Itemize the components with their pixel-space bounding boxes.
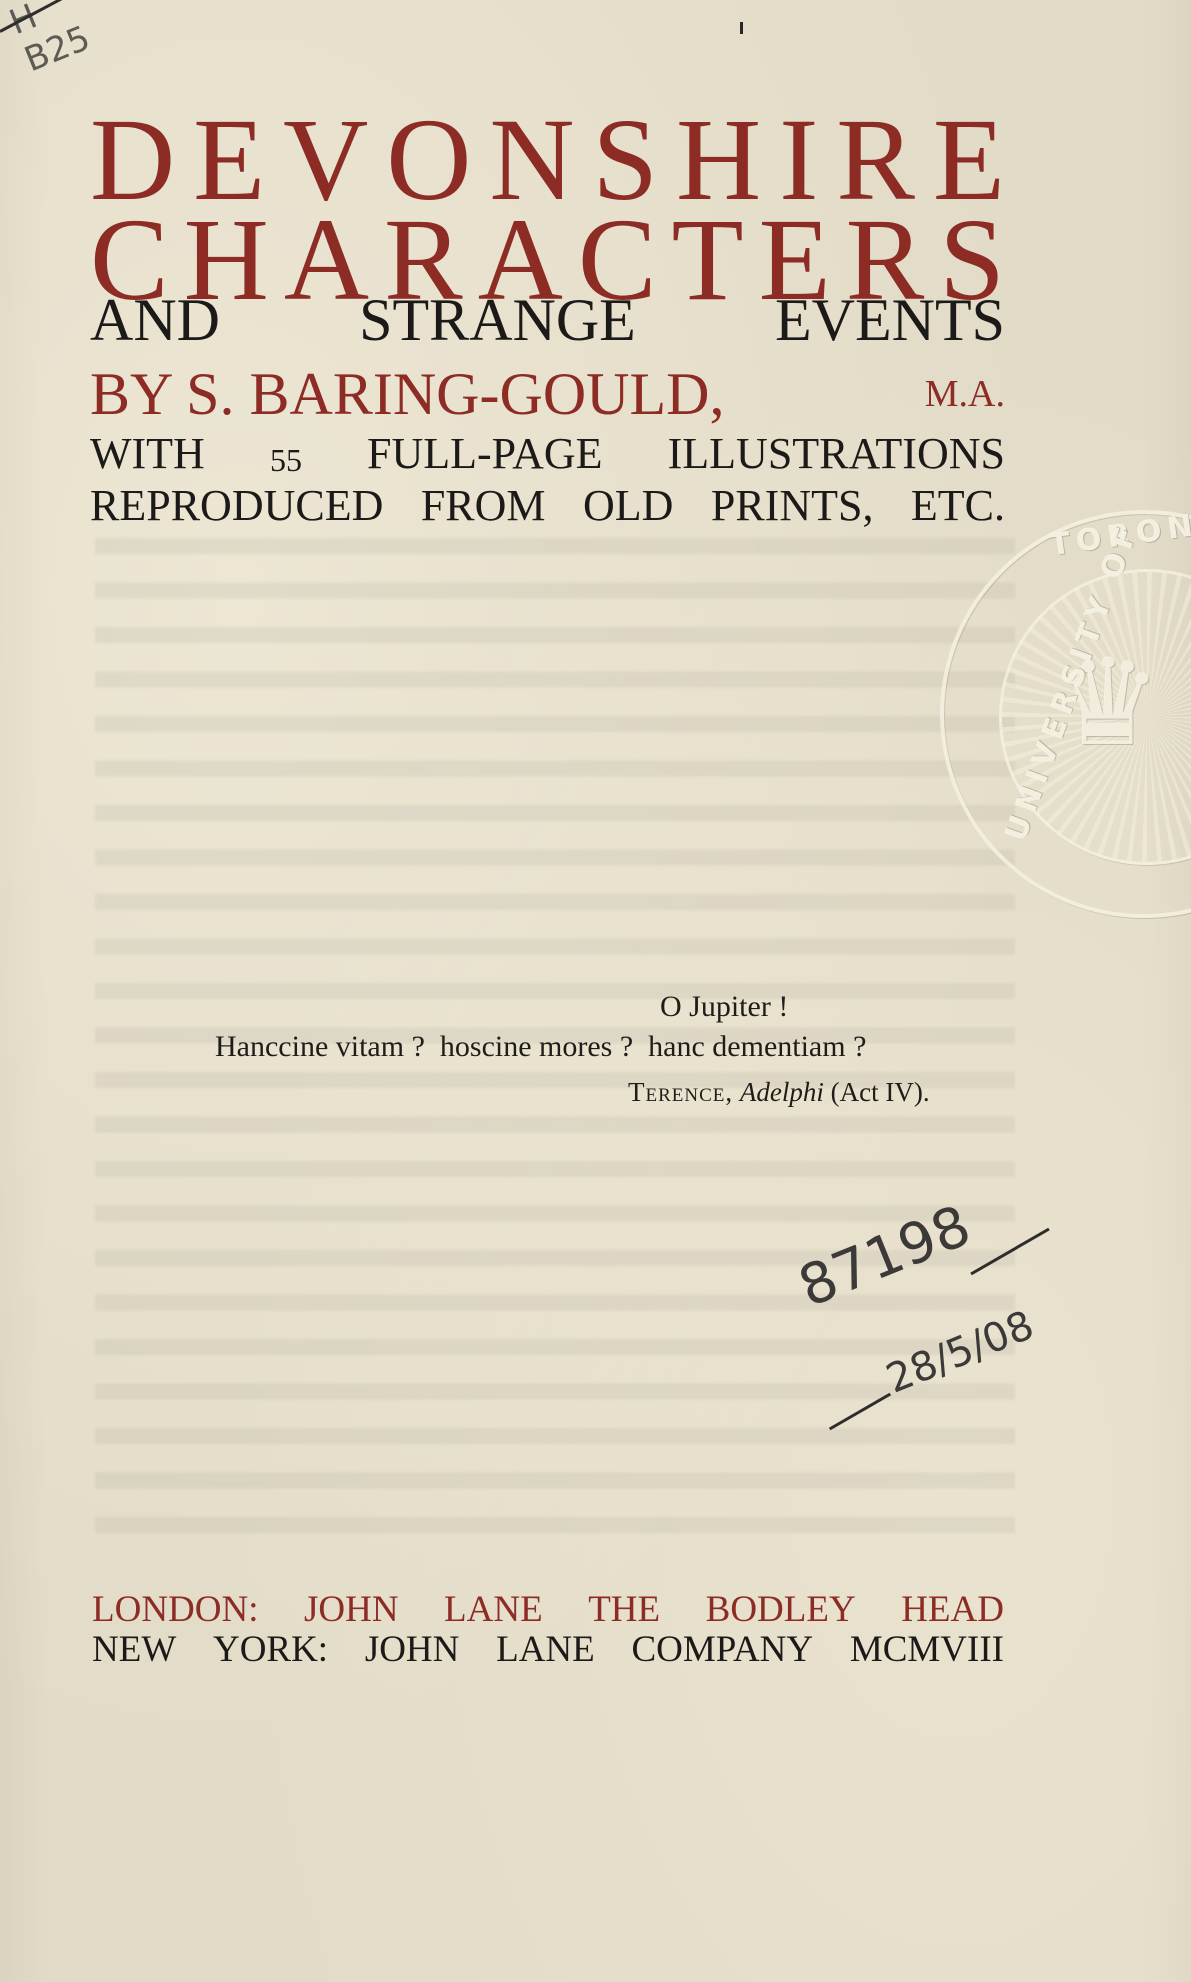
reproduced-word: OLD xyxy=(583,482,673,530)
illustrations-line: WITH 55 FULL-PAGE ILLUSTRATIONS xyxy=(90,430,1005,478)
page-mark xyxy=(740,22,743,34)
subtitle: ANDSTRANGEEVENTS xyxy=(90,288,1005,352)
imprint-new-york: NEWYORK:JOHNLANECOMPANYMCMVIII xyxy=(92,1630,1004,1670)
reproduced-word: ETC. xyxy=(911,482,1005,530)
epigraph-line-2: Hanccine vitam ? hoscine mores ? hanc de… xyxy=(215,1030,866,1064)
imprint-word: COMPANY xyxy=(631,1630,813,1670)
author-name: BY S. BARING-GOULD, xyxy=(90,362,724,426)
subtitle-word: AND xyxy=(90,288,220,352)
reproduced-word: PRINTS, xyxy=(711,482,874,530)
reproduced-line: REPRODUCEDFROMOLDPRINTS,ETC. xyxy=(90,482,1005,530)
illustrations-word-1: FULL-PAGE xyxy=(367,430,603,478)
reproduced-word: REPRODUCED xyxy=(90,482,383,530)
illustrations-count: 55 xyxy=(270,436,302,484)
imprint-word: MCMVIII xyxy=(850,1630,1004,1670)
author-degree: M.A. xyxy=(925,362,1005,426)
epigraph-line-1: O Jupiter ! xyxy=(660,990,788,1024)
imprint-word: JOHN xyxy=(365,1630,460,1670)
imprint-word: YORK: xyxy=(213,1630,328,1670)
attribution-ref: (Act IV). xyxy=(831,1077,930,1107)
imprint-word: LANE xyxy=(496,1630,595,1670)
illustrations-prefix: WITH xyxy=(90,430,205,478)
author-line: BY S. BARING-GOULD, M.A. xyxy=(90,362,1005,426)
imprint-word: LONDON: xyxy=(92,1590,258,1630)
imprint-word: HEAD xyxy=(901,1590,1004,1630)
imprint-word: BODLEY xyxy=(706,1590,856,1630)
subtitle-word: STRANGE xyxy=(359,288,636,352)
reproduced-word: FROM xyxy=(421,482,546,530)
imprint-word: LANE xyxy=(444,1590,543,1630)
epigraph-attribution: Terence, Adelphi (Act IV). xyxy=(628,1077,930,1108)
imprint-word: THE xyxy=(588,1590,660,1630)
illustrations-word-2: ILLUSTRATIONS xyxy=(668,430,1005,478)
attribution-author: Terence, xyxy=(628,1077,733,1107)
imprint-london: LONDON:JOHNLANETHEBODLEYHEAD xyxy=(92,1590,1004,1630)
imprint-word: JOHN xyxy=(304,1590,399,1630)
imprint-word: NEW xyxy=(92,1630,176,1670)
attribution-work: Adelphi xyxy=(740,1077,824,1107)
subtitle-word: EVENTS xyxy=(775,288,1005,352)
